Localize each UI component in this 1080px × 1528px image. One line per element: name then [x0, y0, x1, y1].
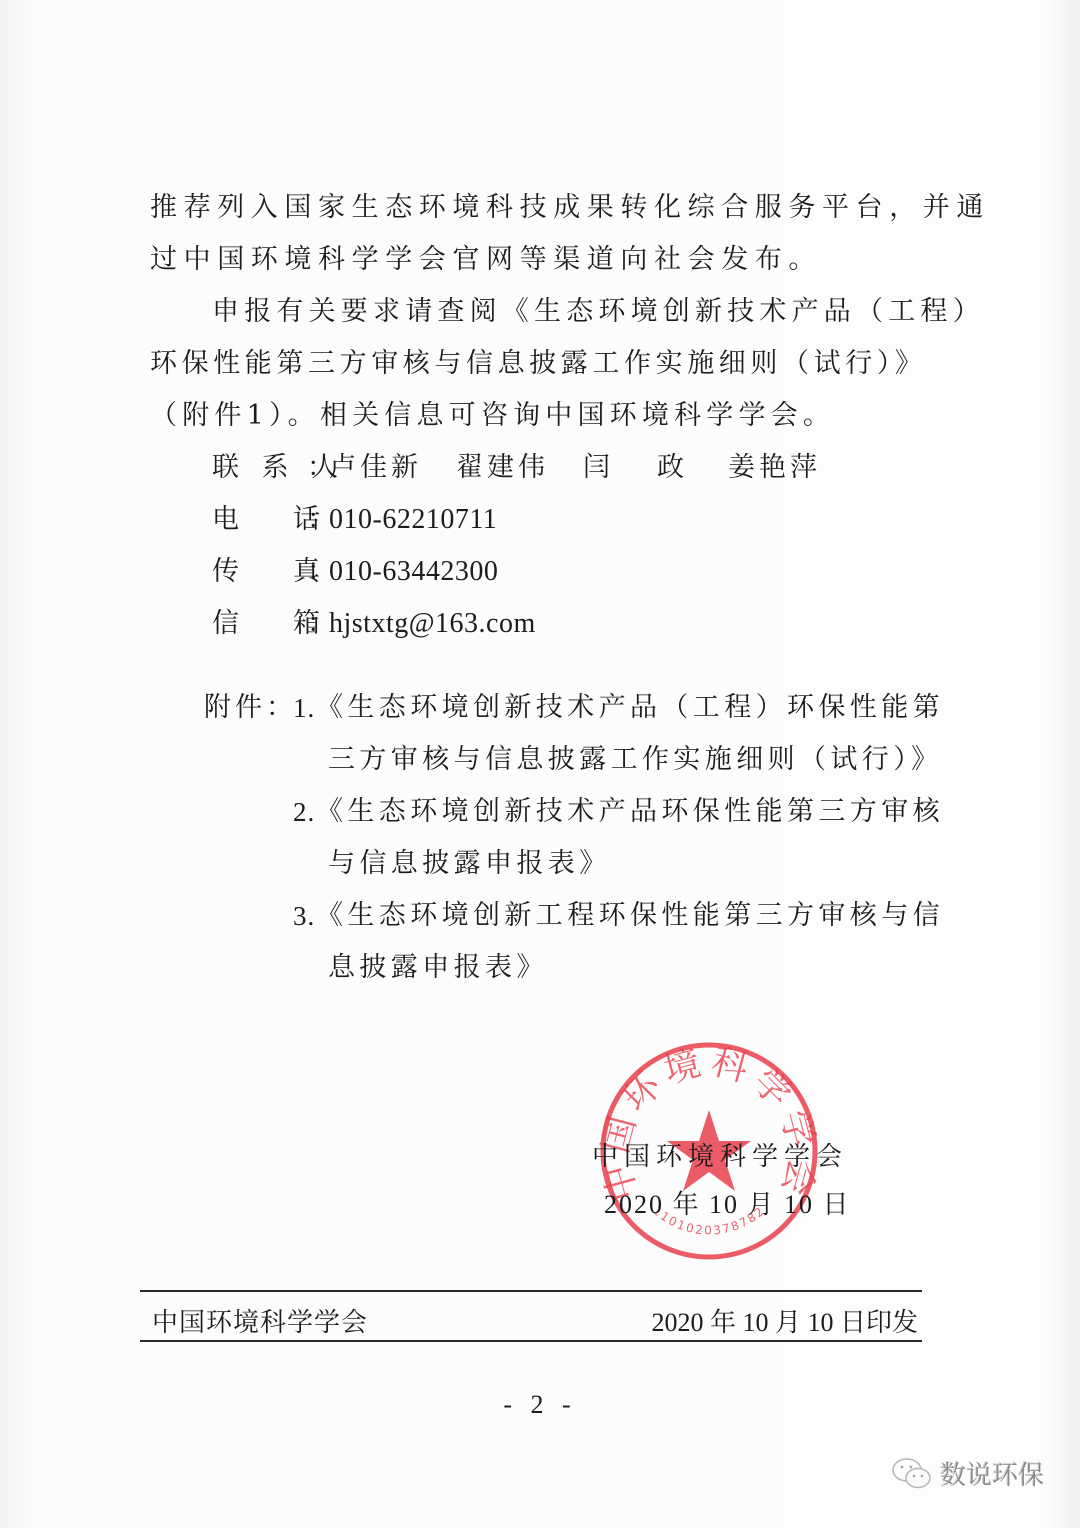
contact-phone-label: 电 话: [212, 504, 307, 536]
colon: ：: [307, 556, 329, 588]
attachments-label: 附件：: [204, 692, 297, 724]
footer-issuer: 中国环境科学学会: [152, 1302, 368, 1339]
paragraph-1-line-2: 过中国环境科学学会官网等渠道向社会发布。: [150, 244, 822, 276]
contact-phone-value: 010-62210711: [329, 504, 497, 535]
footer-bottom-rule: [140, 1340, 922, 1342]
attachment-3-line-1: 《生态环境创新工程环保性能第三方审核与信: [316, 900, 944, 932]
footer-issue-date: 2020 年 10 月 10 日印发: [651, 1302, 918, 1339]
signature-date: 2020 年 10 月 10 日: [604, 1184, 851, 1221]
contact-phone-row: 电 话：010-62210711: [212, 504, 497, 536]
contact-name: 姜艳萍: [728, 452, 821, 484]
contact-name: 翟建伟: [456, 452, 549, 484]
signature-org: 中国环境科学学会: [592, 1136, 848, 1173]
paragraph-2-line-2: 环保性能第三方审核与信息披露工作实施细则（试行）》: [150, 348, 927, 380]
wechat-icon: [890, 1457, 934, 1491]
colon: ：: [307, 608, 329, 640]
colon: ：: [307, 452, 329, 484]
attachment-1-number: 1.: [293, 692, 315, 724]
attachment-1-line-1: 《生态环境创新技术产品（工程）环保性能第: [316, 692, 944, 724]
attachment-1-line-2: 三方审核与信息披露工作实施细则（试行）》: [328, 744, 943, 776]
colon: ：: [307, 504, 329, 536]
attachment-2-line-1: 《生态环境创新技术产品环保性能第三方审核: [316, 796, 944, 828]
footer-top-rule: [140, 1290, 922, 1292]
attachment-2-number: 2.: [293, 796, 315, 828]
contact-fax-row: 传 真：010-63442300: [212, 556, 498, 588]
paragraph-1-line-1: 推荐列入国家生态环境科技成果转化综合服务平台，并通: [150, 192, 990, 224]
wechat-watermark: 数说环保: [890, 1455, 1044, 1492]
paragraph-2-line-3: （附件1）。相关信息可咨询中国环境科学学会。: [150, 400, 835, 432]
attachment-3-number: 3.: [293, 900, 315, 932]
contact-persons-label: 联 系 人: [212, 452, 307, 484]
watermark-text: 数说环保: [940, 1455, 1044, 1492]
page-number: - 2 -: [0, 1390, 1080, 1420]
attachment-3-line-2: 息披露申报表》: [328, 952, 548, 984]
contact-name: 卢佳新: [329, 452, 422, 484]
contact-fax-label: 传 真: [212, 556, 307, 588]
contact-names: 卢佳新翟建伟闫 政姜艳萍: [329, 452, 855, 483]
contact-email-row: 信 箱：hjstxtg@163.com: [212, 608, 536, 640]
contact-name: 闫 政: [583, 452, 694, 484]
contact-email-value[interactable]: hjstxtg@163.com: [329, 608, 536, 639]
attachment-2-line-2: 与信息披露申报表》: [328, 848, 611, 880]
contact-fax-value: 010-63442300: [329, 556, 498, 587]
paragraph-2-line-1: 申报有关要求请查阅《生态环境创新技术产品（工程）: [212, 296, 985, 328]
contact-persons-row: 联 系 人：卢佳新翟建伟闫 政姜艳萍: [212, 452, 855, 484]
contact-email-label: 信 箱: [212, 608, 307, 640]
